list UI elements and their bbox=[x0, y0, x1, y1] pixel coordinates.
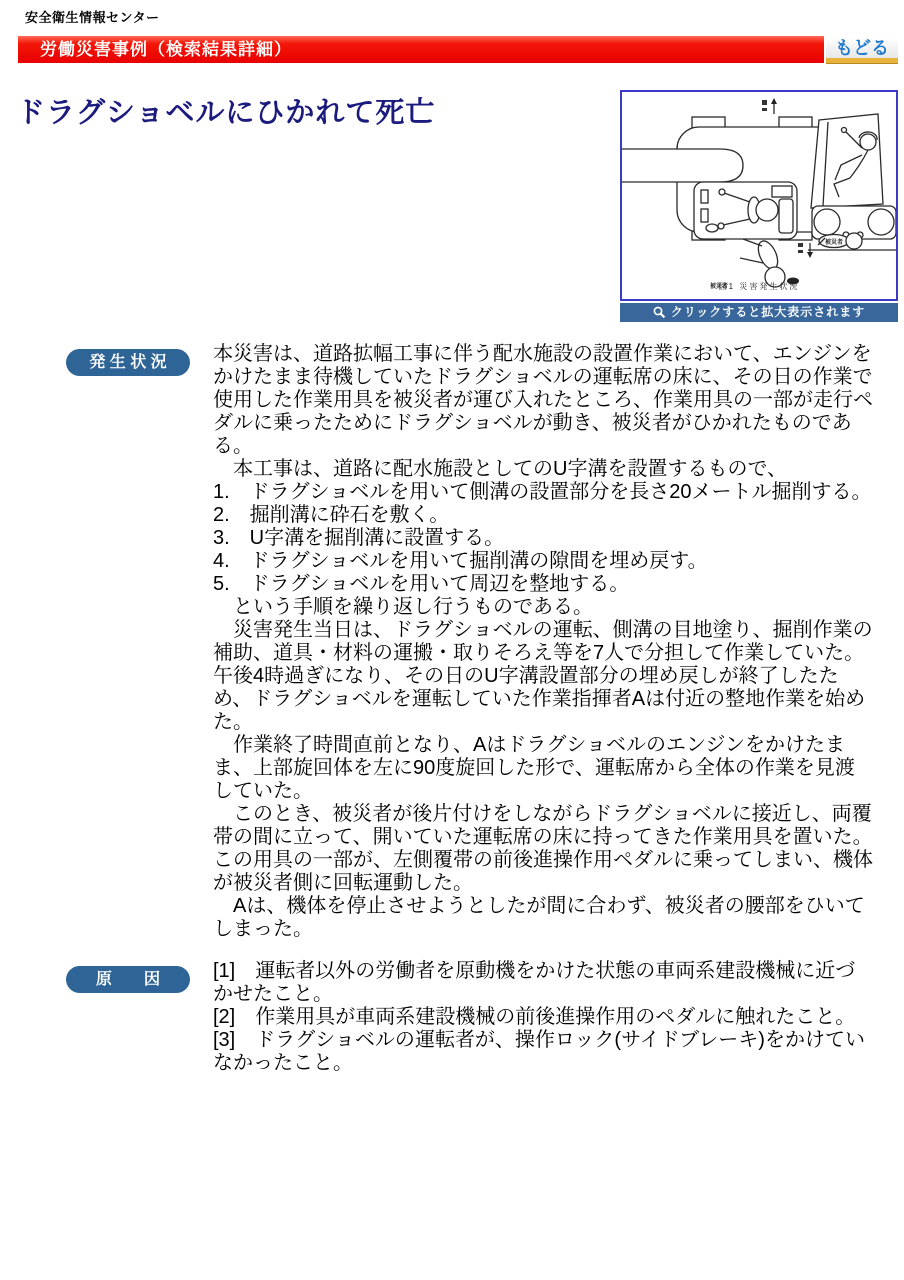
cause-text: [1] 運転者以外の労働者を原動機をかけた状態の車両系建設機械に近づ かせたこと… bbox=[213, 960, 904, 1075]
figure-zoom-bar[interactable]: クリックすると拡大表示されます bbox=[620, 303, 898, 322]
site-name: 安全衛生情報センター bbox=[25, 7, 159, 26]
back-button-underline bbox=[826, 58, 898, 64]
accident-figure-link[interactable]: 被災者 bbox=[620, 90, 898, 301]
paragraph: 作業終了時間直前となり、Aはドラグショベルのエンジンをかけたま ま、上部旋回体を… bbox=[213, 734, 904, 803]
paragraph: 本災害は、道路拡幅工事に伴う配水施設の設置作業において、エンジンを かけたまま待… bbox=[213, 343, 904, 458]
back-button[interactable]: もどる bbox=[826, 38, 898, 64]
numbered-procedure-list: 1. ドラグショベルを用いて側溝の設置部分を長さ20メートル掘削する。 2. 掘… bbox=[213, 481, 904, 596]
cause-item: [3] ドラグショベルの運転者が、操作ロック(サイドブレーキ)をかけてい なかっ… bbox=[213, 1029, 904, 1075]
figure-wrap: 被災者 bbox=[620, 90, 898, 322]
cause-item: [1] 運転者以外の労働者を原動機をかけた状態の車両系建設機械に近づ かせたこと… bbox=[213, 960, 904, 1006]
magnifier-icon bbox=[653, 306, 666, 319]
accident-diagram: 被災者 bbox=[622, 92, 896, 299]
section-label-occurrence: 発 生 状 況 bbox=[66, 349, 190, 376]
banner-title: 労働災害事例（検索結果詳細） bbox=[40, 40, 292, 59]
figure-caption: 図1 災害発生状況 bbox=[719, 281, 800, 291]
page-title: ドラグショベルにひかれて死亡 bbox=[16, 90, 435, 131]
figure-zoom-hint: クリックすると拡大表示されます bbox=[671, 303, 866, 322]
paragraph: 災害発生当日は、ドラグショベルの運転、側溝の目地塗り、掘削作業の 補助、道具・材… bbox=[213, 619, 904, 734]
paragraph: という手順を繰り返し行うものである。 bbox=[213, 596, 904, 619]
section-label-cause: 原 因 bbox=[66, 966, 190, 993]
paragraph: 本工事は、道路に配水施設としてのU字溝を設置するもので、 bbox=[213, 458, 904, 481]
paragraph: Aは、機体を停止させようとしたが間に合わず、被災者の腰部をひいて しまった。 bbox=[213, 895, 904, 941]
cause-item: [2] 作業用具が車両系建設機械の前後進操作用のペダルに触れたこと。 bbox=[213, 1006, 904, 1029]
page-root: 安全衛生情報センター 労働災害事例（検索結果詳細） もどる ドラグショベルにひか… bbox=[0, 0, 904, 1280]
occurrence-text: 本災害は、道路拡幅工事に伴う配水施設の設置作業において、エンジンを かけたまま待… bbox=[213, 343, 904, 941]
banner: 労働災害事例（検索結果詳細） bbox=[18, 36, 824, 63]
victim-label-side: 被災者 bbox=[824, 238, 843, 246]
paragraph: このとき、被災者が後片付けをしながらドラグショベルに接近し、両覆 帯の間に立って… bbox=[213, 803, 904, 895]
back-button-label: もどる bbox=[826, 38, 898, 59]
